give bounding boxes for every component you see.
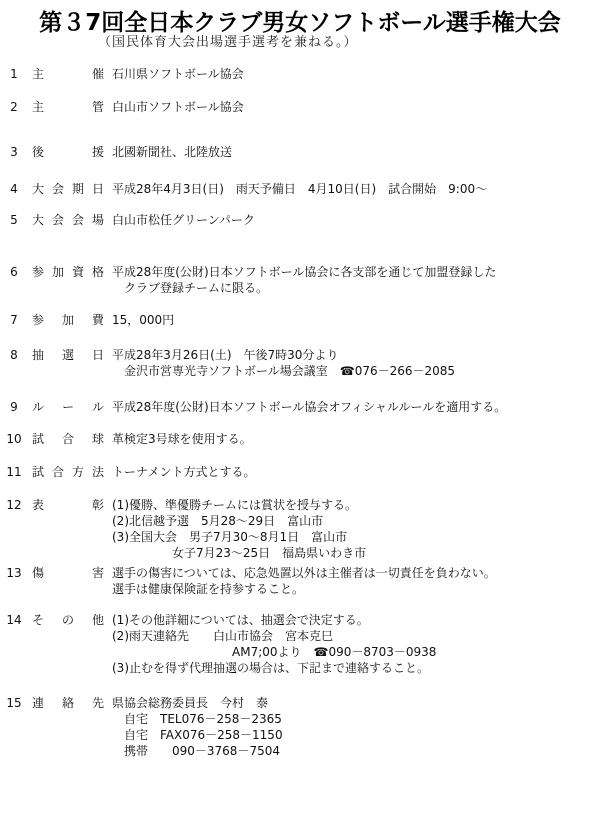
item-label: 抽選日	[32, 347, 104, 363]
item-label: 傷害	[32, 565, 104, 581]
item-content: トーナメント方式とする。	[112, 464, 256, 480]
item-label: 大会期日	[32, 181, 104, 197]
content-line: 北國新聞社、北陸放送	[112, 144, 232, 160]
content-line: 平成28年度(公財)日本ソフトボール協会に各支部を通じて加盟登録した	[112, 264, 496, 280]
items: 1 主催 石川県ソフトボール協会 2 主管 白山市ソフトボール協会 3 後援 北…	[0, 0, 600, 815]
item-content: 北國新聞社、北陸放送	[112, 144, 232, 160]
item-number: 10	[2, 431, 26, 447]
content-line: トーナメント方式とする。	[112, 464, 256, 480]
item-number: 12	[2, 497, 26, 513]
item-content: 15，000円	[112, 312, 174, 328]
content-line: 15，000円	[112, 312, 174, 328]
content-line: (3)全国大会 男子7月30～8月1日 富山市	[112, 529, 366, 545]
item-label: ルール	[32, 399, 104, 415]
content-line: 自宅 TEL076－258－2365	[112, 711, 283, 727]
item-number: 5	[2, 212, 26, 228]
item-content: 革検定3号球を使用する。	[112, 431, 252, 447]
content-line: 白山市ソフトボール協会	[112, 99, 244, 115]
item-content: (1)その他詳細については、抽選会で決定する。(2)雨天連絡先 白山市協会 宮本…	[112, 612, 436, 676]
item-number: 15	[2, 695, 26, 711]
item-content: 石川県ソフトボール協会	[112, 66, 244, 82]
content-line: (2)雨天連絡先 白山市協会 宮本克巳	[112, 628, 436, 644]
content-line: 女子7月23～25日 福島県いわき市	[112, 545, 366, 561]
content-line: 金沢市営専光寺ソフトボール場会議室 ☎076－266－2085	[112, 363, 455, 379]
content-line: (2)北信越予選 5月28～29日 富山市	[112, 513, 366, 529]
item-number: 8	[2, 347, 26, 363]
content-line: AM7;00より ☎090－8703－0938	[112, 644, 436, 660]
item-number: 14	[2, 612, 26, 628]
item-content: 白山市ソフトボール協会	[112, 99, 244, 115]
item-label: 参加資格	[32, 264, 104, 280]
item-label: 試合球	[32, 431, 104, 447]
item-number: 2	[2, 99, 26, 115]
item-content: 選手の傷害については、応急処置以外は主催者は一切責任を負わない。選手は健康保険証…	[112, 565, 496, 597]
item-number: 11	[2, 464, 26, 480]
item-label: 連絡先	[32, 695, 104, 711]
content-line: (3)止むを得ず代理抽選の場合は、下記まで連絡すること。	[112, 660, 436, 676]
item-content: 平成28年度(公財)日本ソフトボール協会に各支部を通じて加盟登録した クラブ登録…	[112, 264, 496, 296]
content-line: 石川県ソフトボール協会	[112, 66, 244, 82]
item-number: 9	[2, 399, 26, 415]
item-number: 4	[2, 181, 26, 197]
content-line: (1)優勝、準優勝チームには賞状を授与する。	[112, 497, 366, 513]
content-line: 白山市松任グリーンパーク	[112, 212, 255, 228]
item-number: 6	[2, 264, 26, 280]
content-line: 県協会総務委員長 今村 泰	[112, 695, 283, 711]
content-line: 自宅 FAX076－258－1150	[112, 727, 283, 743]
item-label: 主催	[32, 66, 104, 82]
content-line: 選手の傷害については、応急処置以外は主催者は一切責任を負わない。	[112, 565, 496, 581]
content-line: 平成28年3月26日(土) 午後7時30分より	[112, 347, 455, 363]
item-label: 試合方法	[32, 464, 104, 480]
item-label: 大会会場	[32, 212, 104, 228]
content-line: 革検定3号球を使用する。	[112, 431, 252, 447]
item-content: 白山市松任グリーンパーク	[112, 212, 255, 228]
item-content: 平成28年度(公財)日本ソフトボール協会オフィシャルルールを適用する。	[112, 399, 506, 415]
item-content: (1)優勝、準優勝チームには賞状を授与する。(2)北信越予選 5月28～29日 …	[112, 497, 366, 561]
item-content: 平成28年4月3日(日) 雨天予備日 4月10日(日) 試合開始 9:00～	[112, 181, 487, 197]
content-line: 選手は健康保険証を持参すること。	[112, 581, 496, 597]
content-line: 携帯 090－3768－7504	[112, 743, 283, 759]
item-label: 主管	[32, 99, 104, 115]
item-content: 平成28年3月26日(土) 午後7時30分より 金沢市営専光寺ソフトボール場会議…	[112, 347, 455, 379]
item-number: 3	[2, 144, 26, 160]
item-label: その他	[32, 612, 104, 628]
item-number: 13	[2, 565, 26, 581]
item-label: 表彰	[32, 497, 104, 513]
content-line: (1)その他詳細については、抽選会で決定する。	[112, 612, 436, 628]
content-line: クラブ登録チームに限る。	[112, 280, 496, 296]
item-content: 県協会総務委員長 今村 泰 自宅 TEL076－258－2365 自宅 FAX0…	[112, 695, 283, 759]
item-label: 参加費	[32, 312, 104, 328]
content-line: 平成28年度(公財)日本ソフトボール協会オフィシャルルールを適用する。	[112, 399, 506, 415]
item-label: 後援	[32, 144, 104, 160]
item-number: 1	[2, 66, 26, 82]
item-number: 7	[2, 312, 26, 328]
tournament-notice-page: 第３7回全日本クラブ男女ソフトボール選手権大会 （国民体育大会出場選手選考を兼ね…	[0, 0, 600, 815]
content-line: 平成28年4月3日(日) 雨天予備日 4月10日(日) 試合開始 9:00～	[112, 181, 487, 197]
